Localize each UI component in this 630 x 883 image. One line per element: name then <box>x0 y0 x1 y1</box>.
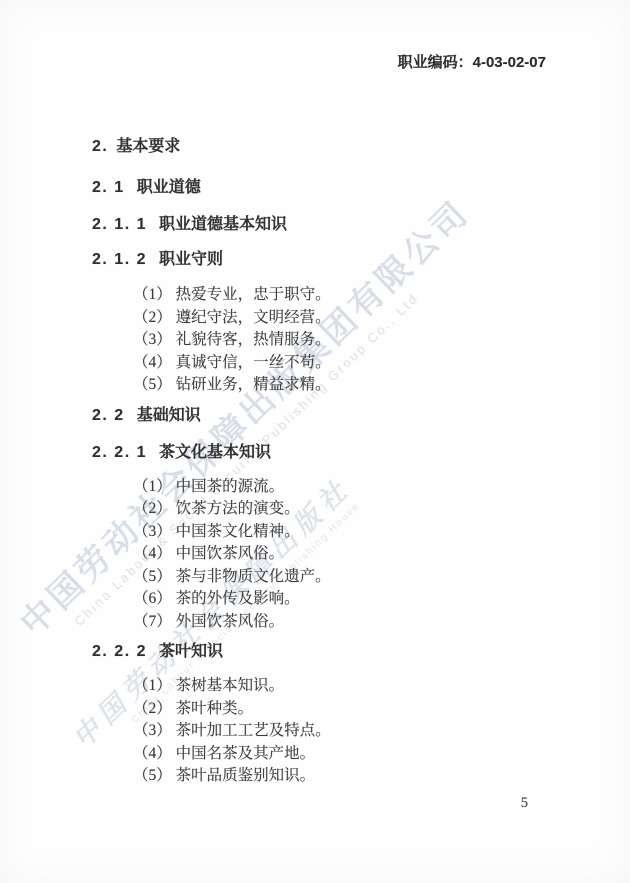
list-item: （4） 真诚守信，一丝不苟。 <box>133 352 570 375</box>
list-item: （3） 茶叶加工工艺及特点。 <box>133 720 570 743</box>
section-heading-2-1-2: 2. 1. 2职业守则 <box>92 250 570 269</box>
heading-number: 2. 1. 1 <box>92 216 147 233</box>
list-item: （3） 中国茶文化精神。 <box>133 521 570 544</box>
heading-title: 茶叶知识 <box>159 643 223 660</box>
list-item: （1） 中国茶的源流。 <box>133 476 570 499</box>
heading-title: 职业道德 <box>137 179 201 196</box>
list-item: （5） 钻研业务，精益求精。 <box>133 374 570 397</box>
list-item: （1） 热爱专业，忠于职守。 <box>133 284 570 307</box>
list-item: （7） 外国饮茶风俗。 <box>133 611 570 634</box>
heading-title: 职业守则 <box>159 251 223 268</box>
section-heading-2-1-1: 2. 1. 1职业道德基本知识 <box>92 215 570 234</box>
section-heading-2: 2.基本要求 <box>92 137 570 156</box>
heading-title: 基础知识 <box>137 407 201 424</box>
professional-code-list: （1） 热爱专业，忠于职守。 （2） 遵纪守法，文明经营。 （3） 礼貌待客，热… <box>133 284 570 397</box>
list-item: （2） 遵纪守法，文明经营。 <box>133 307 570 330</box>
section-heading-2-2: 2. 2基础知识 <box>92 406 570 425</box>
heading-number: 2. 2. 2 <box>92 643 147 660</box>
document-content: 2.基本要求 2. 1职业道德 2. 1. 1职业道德基本知识 2. 1. 2职… <box>0 137 630 788</box>
heading-number: 2. 1. 2 <box>92 251 147 268</box>
list-item: （3） 礼貌待客，热情服务。 <box>133 329 570 352</box>
list-item: （1） 茶树基本知识。 <box>133 675 570 698</box>
heading-number: 2. 1 <box>92 179 125 196</box>
page-number: 5 <box>0 795 630 812</box>
list-item: （5） 茶与非物质文化遗产。 <box>133 566 570 589</box>
heading-title: 茶文化基本知识 <box>159 444 271 461</box>
section-heading-2-2-1: 2. 2. 1茶文化基本知识 <box>92 443 570 462</box>
section-heading-2-1: 2. 1职业道德 <box>92 178 570 197</box>
tea-leaf-knowledge-list: （1） 茶树基本知识。 （2） 茶叶种类。 （3） 茶叶加工工艺及特点。 （4）… <box>133 675 570 788</box>
list-item: （4） 中国饮茶风俗。 <box>133 543 570 566</box>
heading-title: 基本要求 <box>116 138 180 155</box>
list-item: （5） 茶叶品质鉴别知识。 <box>133 765 570 788</box>
occupation-code-header: 职业编码：4-03-02-07 <box>0 54 630 72</box>
tea-culture-knowledge-list: （1） 中国茶的源流。 （2） 饮茶方法的演变。 （3） 中国茶文化精神。 （4… <box>133 476 570 634</box>
heading-number: 2. 2 <box>92 407 125 424</box>
section-heading-2-2-2: 2. 2. 2茶叶知识 <box>92 642 570 661</box>
list-item: （2） 茶叶种类。 <box>133 698 570 721</box>
heading-number: 2. <box>92 138 108 155</box>
list-item: （2） 饮茶方法的演变。 <box>133 498 570 521</box>
document-page: 中国劳动社会保障出版集团有限公司 China Labour & Social S… <box>0 0 630 883</box>
list-item: （4） 中国名茶及其产地。 <box>133 743 570 766</box>
heading-title: 职业道德基本知识 <box>159 216 287 233</box>
heading-number: 2. 2. 1 <box>92 444 147 461</box>
list-item: （6） 茶的外传及影响。 <box>133 588 570 611</box>
